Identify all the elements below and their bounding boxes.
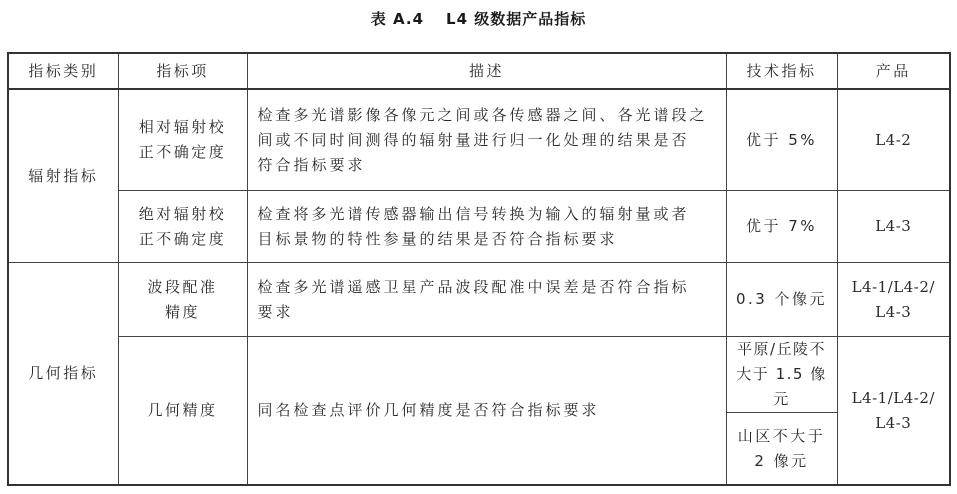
description-cell: 检查多光谱影像各像元之间或各传感器之间、各光谱段之 间或不同时间测得的辐射量进行… [247,89,726,191]
spec-cell: 优于 5% [726,89,837,191]
product-cell: L4-3 [837,191,950,263]
table-title: L4 级数据产品指标 [446,10,586,28]
header-category: 指标类别 [8,53,118,89]
description-cell: 检查将多光谱传感器输出信号转换为输入的辐射量或者 目标景物的特性参量的结果是否符… [247,191,726,263]
header-spec: 技术指标 [726,53,837,89]
table-number: 表 A.4 [371,10,424,28]
description-cell: 检查多光谱遥感卫星产品波段配准中误差是否符合指标 要求 [247,263,726,337]
category-cell: 几何指标 [8,263,118,486]
item-cell: 几何精度 [118,337,247,486]
product-cell: L4-2 [837,89,950,191]
table-row: 几何精度 同名检查点评价几何精度是否符合指标要求 平原/丘陵不 大于 1.5 像… [8,337,950,413]
spec-cell-plain-hill: 平原/丘陵不 大于 1.5 像元 [726,337,837,413]
product-cell: L4-1/L4-2/ L4-3 [837,337,950,486]
item-cell: 相对辐射校 正不确定度 [118,89,247,191]
header-description: 描述 [247,53,726,89]
item-cell: 波段配准 精度 [118,263,247,337]
product-cell: L4-1/L4-2/ L4-3 [837,263,950,337]
spec-cell: 0.3 个像元 [726,263,837,337]
item-cell: 绝对辐射校 正不确定度 [118,191,247,263]
table-header-row: 指标类别 指标项 描述 技术指标 产品 [8,53,950,89]
header-item: 指标项 [118,53,247,89]
description-cell: 同名检查点评价几何精度是否符合指标要求 [247,337,726,486]
table-row: 绝对辐射校 正不确定度 检查将多光谱传感器输出信号转换为输入的辐射量或者 目标景… [8,191,950,263]
table-row: 几何指标 波段配准 精度 检查多光谱遥感卫星产品波段配准中误差是否符合指标 要求… [8,263,950,337]
table-caption: 表 A.4L4 级数据产品指标 [0,8,957,29]
table-row: 辐射指标 相对辐射校 正不确定度 检查多光谱影像各像元之间或各传感器之间、各光谱… [8,89,950,191]
spec-cell: 优于 7% [726,191,837,263]
l4-product-indicator-table: 指标类别 指标项 描述 技术指标 产品 辐射指标 相对辐射校 正不确定度 检查多… [7,52,951,486]
category-cell: 辐射指标 [8,89,118,263]
spec-cell-mountain: 山区不大于 2 像元 [726,413,837,486]
header-product: 产品 [837,53,950,89]
